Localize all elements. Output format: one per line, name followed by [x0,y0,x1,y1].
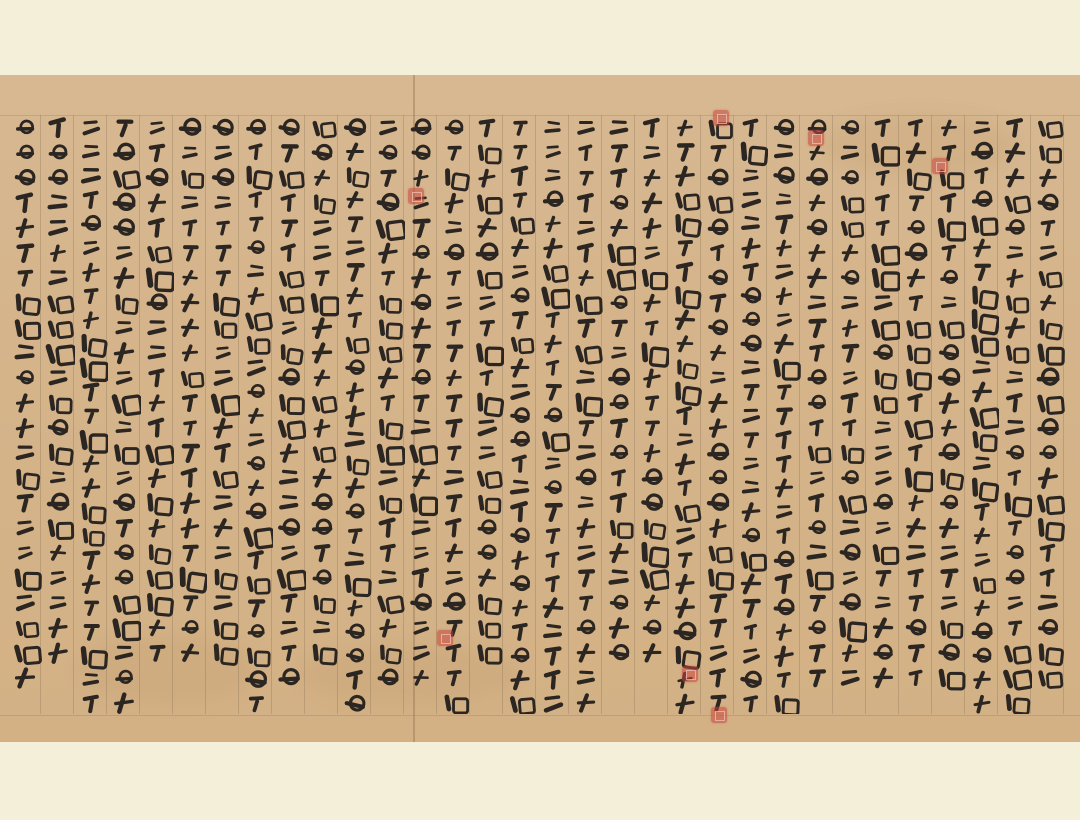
ink-character [969,355,996,379]
ink-character [211,542,234,563]
ink-character [275,465,304,492]
ink-character [438,588,469,617]
ink-character [837,591,863,615]
ink-character [574,117,598,139]
ink-character [773,670,795,689]
ink-character [310,392,335,415]
ink-character [538,690,568,714]
ink-character [275,515,303,541]
ink-character [670,522,700,549]
ink-character [13,317,38,340]
text-column [107,117,141,714]
ink-character [902,390,929,415]
ink-character [507,547,533,571]
ink-character [79,596,104,618]
ink-character [144,316,171,340]
ink-character [572,565,600,591]
ink-character [243,308,269,332]
ink-character [112,292,136,314]
ink-character [970,165,994,187]
ink-character [476,142,499,163]
ink-character [671,691,699,714]
ink-character [79,309,103,331]
ink-character [43,117,73,142]
ink-character [738,404,763,426]
ink-character [638,117,666,141]
ink-character [113,568,136,589]
ink-character [45,291,71,315]
ink-character [904,317,927,339]
ink-character [245,429,268,449]
ink-character [341,691,369,714]
red-seal-mark [808,130,824,146]
ink-character [905,493,927,514]
ink-character [476,618,497,637]
ink-character [376,317,399,339]
ink-character [11,165,38,191]
ink-character [806,242,829,263]
ink-character [772,453,797,475]
ink-character [406,339,437,368]
ink-character [241,522,272,550]
ink-character [607,216,632,239]
ink-character [145,242,169,264]
ink-character [508,693,532,714]
ink-character [672,500,698,523]
ink-character [111,590,138,615]
ink-character [276,441,301,464]
text-column [536,117,570,714]
ink-character [506,163,535,189]
ink-character [12,216,38,240]
ink-character [872,592,895,613]
ink-character [704,640,732,666]
ink-character [407,565,436,592]
ink-character [903,117,928,140]
text-column [701,117,735,714]
ink-character [1038,143,1059,162]
ink-character [972,598,993,616]
ink-character [935,215,962,240]
ink-character [541,549,564,570]
ink-character [375,166,401,190]
ink-character [573,641,599,665]
ink-character [969,332,994,354]
ink-character [209,440,237,466]
ink-character [310,192,333,214]
ink-character [803,165,831,191]
ink-character [472,239,502,267]
ink-character [79,477,104,499]
ink-character [538,498,568,525]
ink-character [572,440,599,465]
ink-character [737,666,766,692]
ink-character [441,416,467,440]
ink-character [275,117,303,141]
ink-character [245,334,267,353]
ink-character [143,414,172,441]
ink-character [771,117,796,139]
ink-character [308,490,335,516]
ink-character [276,191,303,216]
ink-character [574,617,599,640]
ink-character [968,379,995,403]
ink-character [572,390,600,416]
ink-character [444,368,465,387]
ink-character [342,236,368,259]
text-column [800,117,834,714]
ink-character [967,138,996,165]
ink-character [145,566,170,589]
ink-character [1000,664,1029,691]
ink-character [344,525,367,545]
ink-character [672,284,699,308]
ink-character [574,492,597,514]
ink-character [542,309,565,329]
ink-character [771,548,797,571]
ink-character [308,215,335,240]
ink-character [376,142,400,164]
ink-character [607,192,631,215]
ink-character [1004,343,1026,363]
ink-character [507,428,533,451]
ink-character [111,165,138,190]
ink-character [705,491,732,516]
ink-character [112,367,136,389]
ink-character [1035,566,1061,590]
ink-character [705,516,732,541]
ink-character [606,541,633,565]
ink-character [77,331,104,356]
ink-character [804,366,829,390]
ink-character [738,260,763,283]
ink-character [110,515,137,540]
ink-character [542,165,565,185]
ink-character [772,525,796,546]
ink-character [869,665,897,691]
ink-character [640,417,664,439]
ink-character [640,441,665,464]
ink-character [11,665,38,690]
ink-character [242,667,270,691]
ink-character [375,616,400,639]
ink-character [637,339,666,366]
ink-character [47,592,70,613]
ink-character [805,192,828,214]
ink-character [47,468,70,489]
ink-character [43,339,73,367]
ink-character [836,540,864,566]
ink-character [706,241,731,264]
ink-character [375,541,400,564]
red-seal-mark [682,666,698,682]
ink-character [542,454,564,474]
ink-character [12,516,38,540]
ink-character [506,475,535,501]
ink-character [573,516,599,540]
ink-character [145,192,170,215]
ink-character [871,367,894,389]
ink-character [936,341,962,365]
ink-character [737,211,765,236]
ink-character [178,217,202,239]
ink-character [838,266,863,289]
ink-character [870,291,897,316]
ink-character [704,665,731,690]
ink-character [442,542,467,565]
ink-character [541,117,565,139]
ink-character [310,642,335,665]
ink-character [968,619,995,643]
ink-character [78,380,104,403]
ink-character [77,163,105,187]
ink-character [407,590,434,615]
ink-character [309,466,336,491]
ink-character [341,667,369,692]
ink-character [340,402,370,430]
text-column [932,117,966,714]
ink-character [46,567,70,590]
ink-character [441,491,467,515]
ink-character [407,440,435,466]
ink-character [706,342,730,364]
ink-character [175,464,204,492]
ink-character [640,517,664,539]
ink-character [373,514,402,542]
text-column [965,117,999,714]
ink-character [79,141,104,163]
ink-character [12,491,39,516]
ink-character [111,641,136,664]
ink-character [705,291,731,315]
ink-character [1003,366,1028,389]
ink-character [604,564,634,592]
ink-character [441,166,467,191]
ink-character [838,117,861,139]
ink-character [209,365,237,391]
ink-character [442,217,467,240]
ink-character [804,216,830,240]
ink-character [740,166,762,186]
ink-character [639,366,665,391]
ink-character [45,441,70,465]
ink-character [277,342,301,365]
ink-character [407,117,435,141]
ink-character [243,260,268,283]
ink-character [938,118,960,138]
ink-character [340,258,370,285]
ink-character [672,596,699,619]
ink-character [110,265,138,291]
ink-character [309,416,335,440]
red-seal-mark [932,158,948,174]
ink-character [275,215,303,241]
ink-character [112,442,136,464]
ink-character [870,490,897,515]
ink-character [572,240,600,266]
ink-character [1036,292,1060,315]
ink-character [110,615,138,641]
ink-character [769,642,798,668]
ink-character [146,117,169,138]
ink-character [604,264,634,292]
text-column [503,117,537,714]
text-column [8,117,42,714]
ink-character [244,477,267,498]
ink-character [641,618,663,639]
ink-character [902,540,929,565]
ink-character [112,242,136,264]
ink-character [309,616,334,640]
ink-character [409,292,434,314]
ink-character [78,260,104,283]
ink-character [343,645,367,667]
ink-character [1036,117,1060,139]
ink-character [539,187,566,212]
ink-character [969,212,994,234]
text-column [41,117,75,714]
ink-character [109,139,139,167]
ink-character [440,465,468,491]
ink-character [772,309,795,330]
ink-character [14,367,37,388]
ink-character [311,593,333,613]
ink-character [277,167,301,189]
ink-character [605,415,633,440]
ink-character [442,667,465,688]
ink-character [475,442,498,463]
ink-character [1003,592,1027,614]
ink-character [1001,117,1029,141]
ink-character [112,667,136,689]
ink-character [837,141,862,164]
ink-character [804,590,831,615]
ink-character [835,389,864,416]
ink-character [738,117,764,139]
ink-character [112,317,136,339]
ink-character [903,266,928,289]
ink-character [13,142,37,165]
ink-character [211,192,235,214]
ink-character [144,341,170,366]
ink-character [705,391,732,416]
ink-character [78,619,105,643]
ink-character [539,379,566,404]
ink-character [970,237,994,258]
ink-character [671,619,699,644]
ink-character [1037,218,1059,238]
ink-character [836,515,865,541]
ink-character [112,466,137,489]
ink-character [209,515,237,541]
ink-character [871,191,896,214]
ink-character [803,665,830,691]
ink-character [540,644,566,667]
ink-character [12,441,38,464]
ink-character [838,367,861,389]
ink-character [474,565,501,590]
ink-character [244,141,268,162]
ink-character [967,306,997,333]
ink-character [773,238,795,258]
ink-character [377,392,400,413]
ink-character [474,341,501,365]
ink-character [308,515,335,541]
ink-character [210,591,236,615]
ink-character [245,406,267,425]
ink-character [242,547,269,571]
ink-character [343,165,367,186]
ink-character [509,141,531,161]
ink-character [605,615,632,640]
ink-character [406,214,435,241]
ink-character [78,572,104,595]
ink-character [79,213,104,235]
ink-character [44,640,73,667]
ink-character [409,617,433,639]
ink-character [605,365,634,392]
ink-character [572,365,600,391]
ink-character [1001,390,1029,416]
ink-character [738,643,765,667]
ink-character [839,218,861,238]
ink-character [46,242,69,264]
ink-character [275,490,303,516]
ink-character [1002,316,1029,341]
ink-character [608,343,629,363]
ink-character [738,476,764,499]
ink-character [938,618,960,638]
ink-character [145,517,170,540]
ink-character [901,140,930,167]
ink-character [77,355,105,380]
ink-character [739,428,764,450]
ink-character [408,316,434,340]
ink-character [1005,543,1026,562]
ink-character [475,592,499,615]
ink-character [737,571,766,597]
ink-character [474,166,499,190]
ink-character [176,490,205,517]
ink-character [178,267,201,289]
ink-character [276,591,302,615]
ink-character [937,317,961,339]
ink-character [210,141,235,164]
ink-character [771,356,796,378]
ink-character [606,117,633,140]
ink-character [79,669,103,690]
ink-character [674,549,697,569]
ink-character [1002,266,1028,290]
ink-character [11,240,39,266]
ink-character [772,285,796,307]
ink-character [1035,541,1061,565]
ink-character [79,404,104,426]
ink-character [671,211,698,235]
ink-character [45,616,72,641]
ink-character [607,592,630,613]
ink-character [211,267,235,289]
ink-character [609,294,629,313]
ink-character [871,542,896,565]
ink-character [43,489,72,516]
ink-character [144,491,171,516]
ink-character [572,190,600,216]
ink-character [343,621,367,643]
text-column [206,117,240,714]
ink-character [703,439,732,467]
ink-character [245,621,267,641]
